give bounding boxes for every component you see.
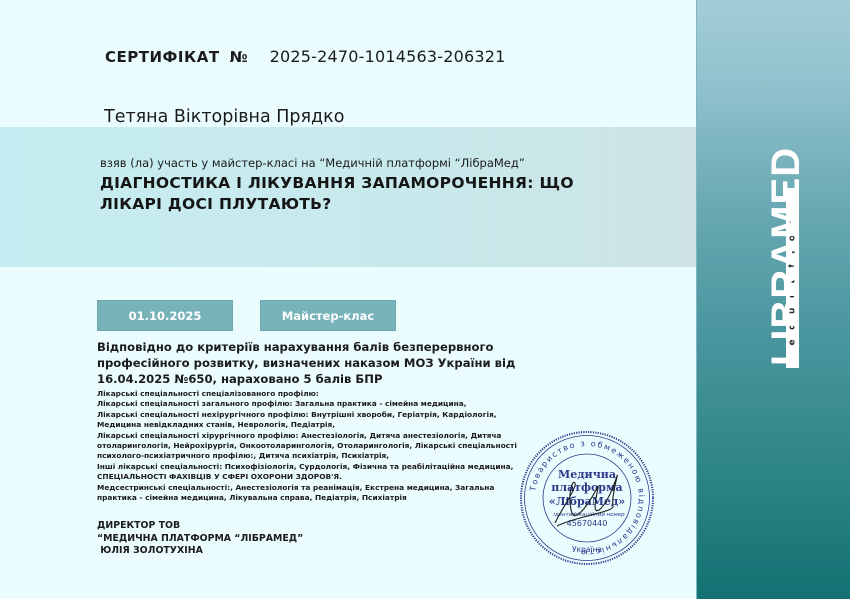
specialty-line: отоларингологія, Нейрохірургія, Онкоотол… [97, 441, 537, 451]
svg-text:Медична: Медична [558, 468, 616, 481]
specialty-line: Інші лікарські спеціальності: Психофізіо… [97, 462, 537, 472]
event-type-badge: Майстер-клас [260, 300, 396, 331]
specialty-line: психолого-психіатричного профілю:, Дитяч… [97, 451, 537, 461]
director-name: ЮЛІЯ ЗОЛОТУХІНА [97, 545, 303, 558]
certificate-page: СЕРТИФІКАТ № 2025-2470-1014563-206321 Те… [0, 0, 850, 599]
director-title: ДИРЕКТОР ТОВ [97, 520, 303, 533]
certificate-label: СЕРТИФІКАТ [105, 48, 220, 66]
certificate-header: СЕРТИФІКАТ № 2025-2470-1014563-206321 [105, 47, 506, 66]
specialties-list: Лікарські спеціальності спеціалізованого… [97, 389, 537, 503]
number-sign: № [230, 48, 248, 66]
brand-logo-text: LIBRAMED [760, 186, 812, 366]
svg-text:Україна: Україна [572, 545, 602, 554]
credits-statement: Відповідно до критеріїв нарахування балі… [97, 339, 547, 387]
svg-text:платформа: платформа [551, 481, 622, 494]
participation-text: взяв (ла) участь у майстер-класі на “Мед… [100, 156, 525, 170]
specialty-line: Медсестринські спеціальності:, Анестезіо… [97, 483, 537, 493]
specialty-line: Лікарські спеціальності хірургічного про… [97, 431, 537, 441]
event-date: 01.10.2025 [129, 309, 202, 323]
certificate-number: 2025-2470-1014563-206321 [270, 47, 506, 66]
specialty-line: практика - сімейна медицина, Лікувальна … [97, 493, 537, 503]
specialty-line: Лікарські спеціальності спеціалізованого… [97, 389, 537, 399]
specialty-line: Медицина невідкладних станів, Неврологія… [97, 420, 537, 430]
course-title: ДІАГНОСТИКА І ЛІКУВАННЯ ЗАПАМОРОЧЕННЯ: Щ… [100, 173, 640, 215]
company-stamp-icon: Товариство з обмеженою відповідальністю … [517, 428, 657, 568]
specialty-line: Лікарські спеціальності загального профі… [97, 399, 537, 409]
specialty-line: СПЕЦІАЛЬНОСТІ ФАХІВЦІВ У СФЕРІ ОХОРОНИ З… [97, 472, 537, 482]
svg-text:«ЛібраМед»: «ЛібраМед» [549, 495, 625, 508]
event-date-badge: 01.10.2025 [97, 300, 233, 331]
company-name: “МЕДИЧНА ПЛАТФОРМА “ЛІБРАМЕД” [97, 533, 303, 546]
participant-name: Тетяна Вікторівна Прядко [104, 107, 344, 127]
event-type: Майстер-клас [282, 309, 374, 323]
director-signature-block: ДИРЕКТОР ТОВ “МЕДИЧНА ПЛАТФОРМА “ЛІБРАМЕ… [97, 520, 303, 558]
specialty-line: Лікарські спеціальності нехірургічного п… [97, 410, 537, 420]
brand-logo: LIBRAMED [750, 188, 800, 368]
